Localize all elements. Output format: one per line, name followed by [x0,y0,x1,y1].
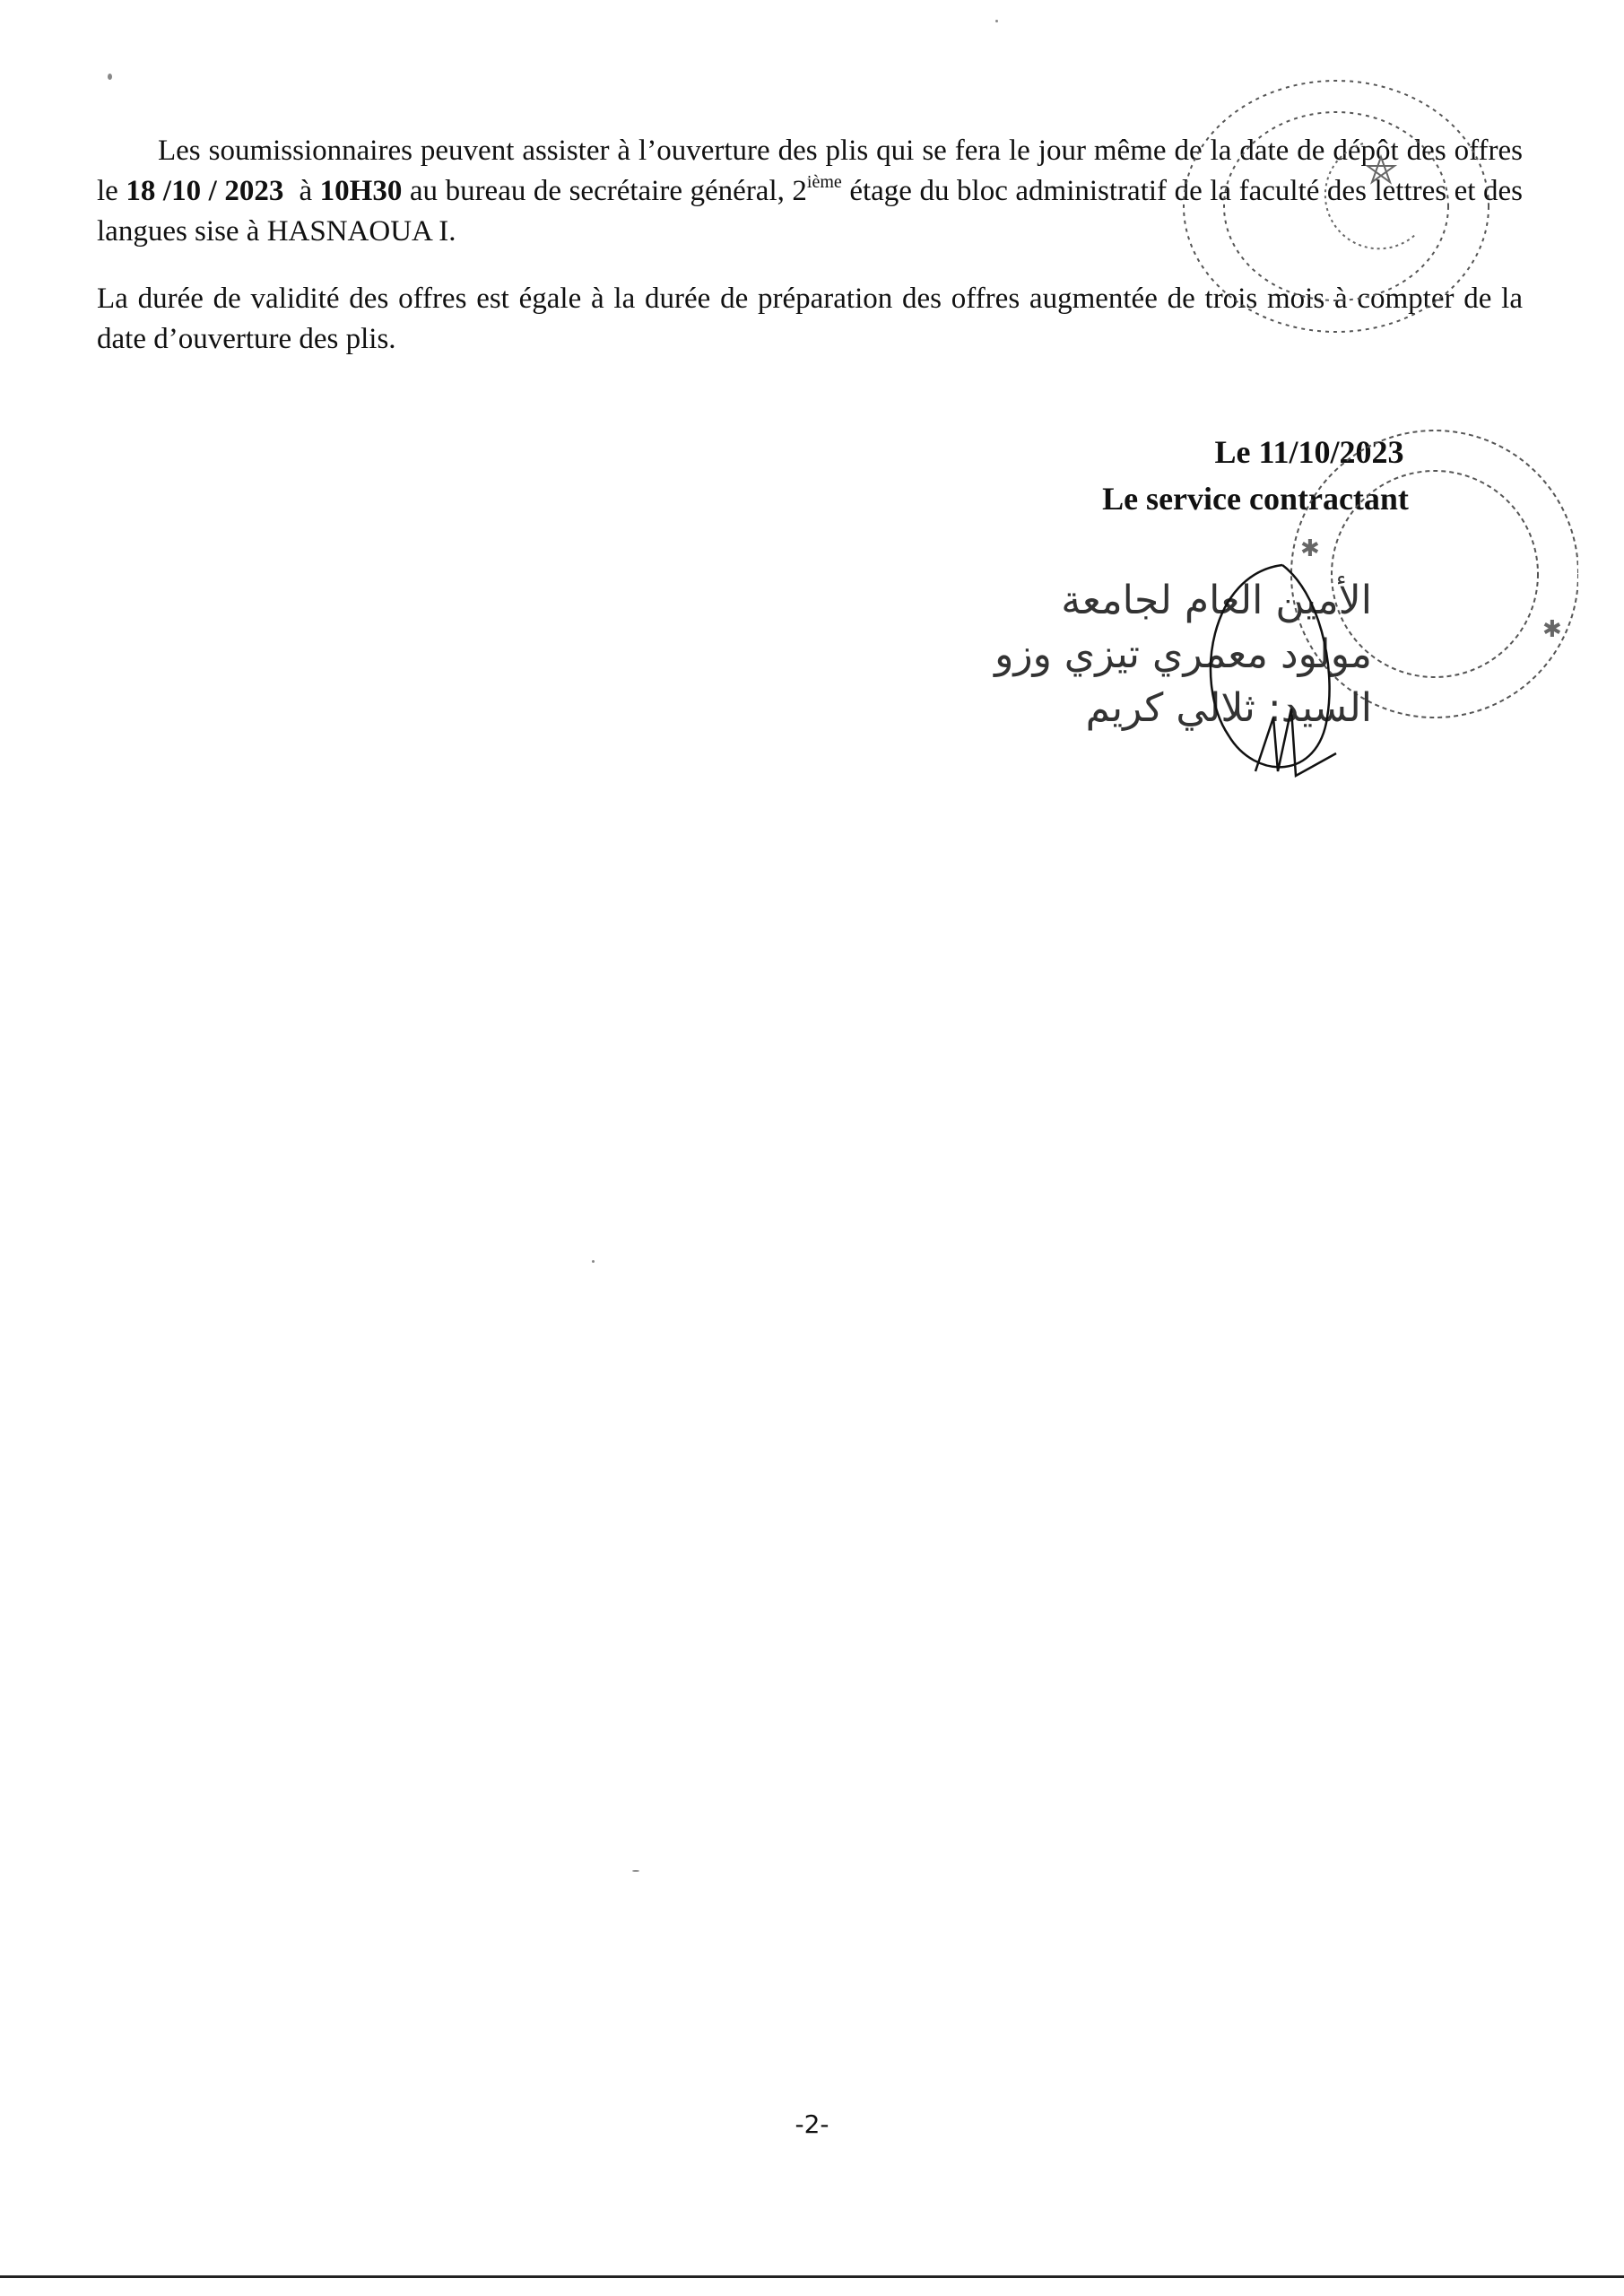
page-number: -2- [0,2109,1624,2139]
scan-speck [592,1260,595,1263]
svg-text:✱: ✱ [1542,616,1562,642]
scan-speck [995,20,998,22]
bid-opening-date: 18 /10 / 2023 [126,175,283,207]
scan-speck [108,74,112,80]
bottom-rule [0,2275,1624,2278]
bid-opening-time: 10H30 [320,175,403,207]
handwritten-signature-icon [1193,556,1372,789]
text: au bureau de secrétaire général, 2 [402,175,807,207]
document-page: Les soumissionnaires peuvent assister à … [0,0,1624,2296]
text: à [283,175,319,207]
scan-speck [632,1870,639,1872]
ordinal-suffix: ième [807,172,842,192]
official-stamp-icon [1157,72,1498,341]
